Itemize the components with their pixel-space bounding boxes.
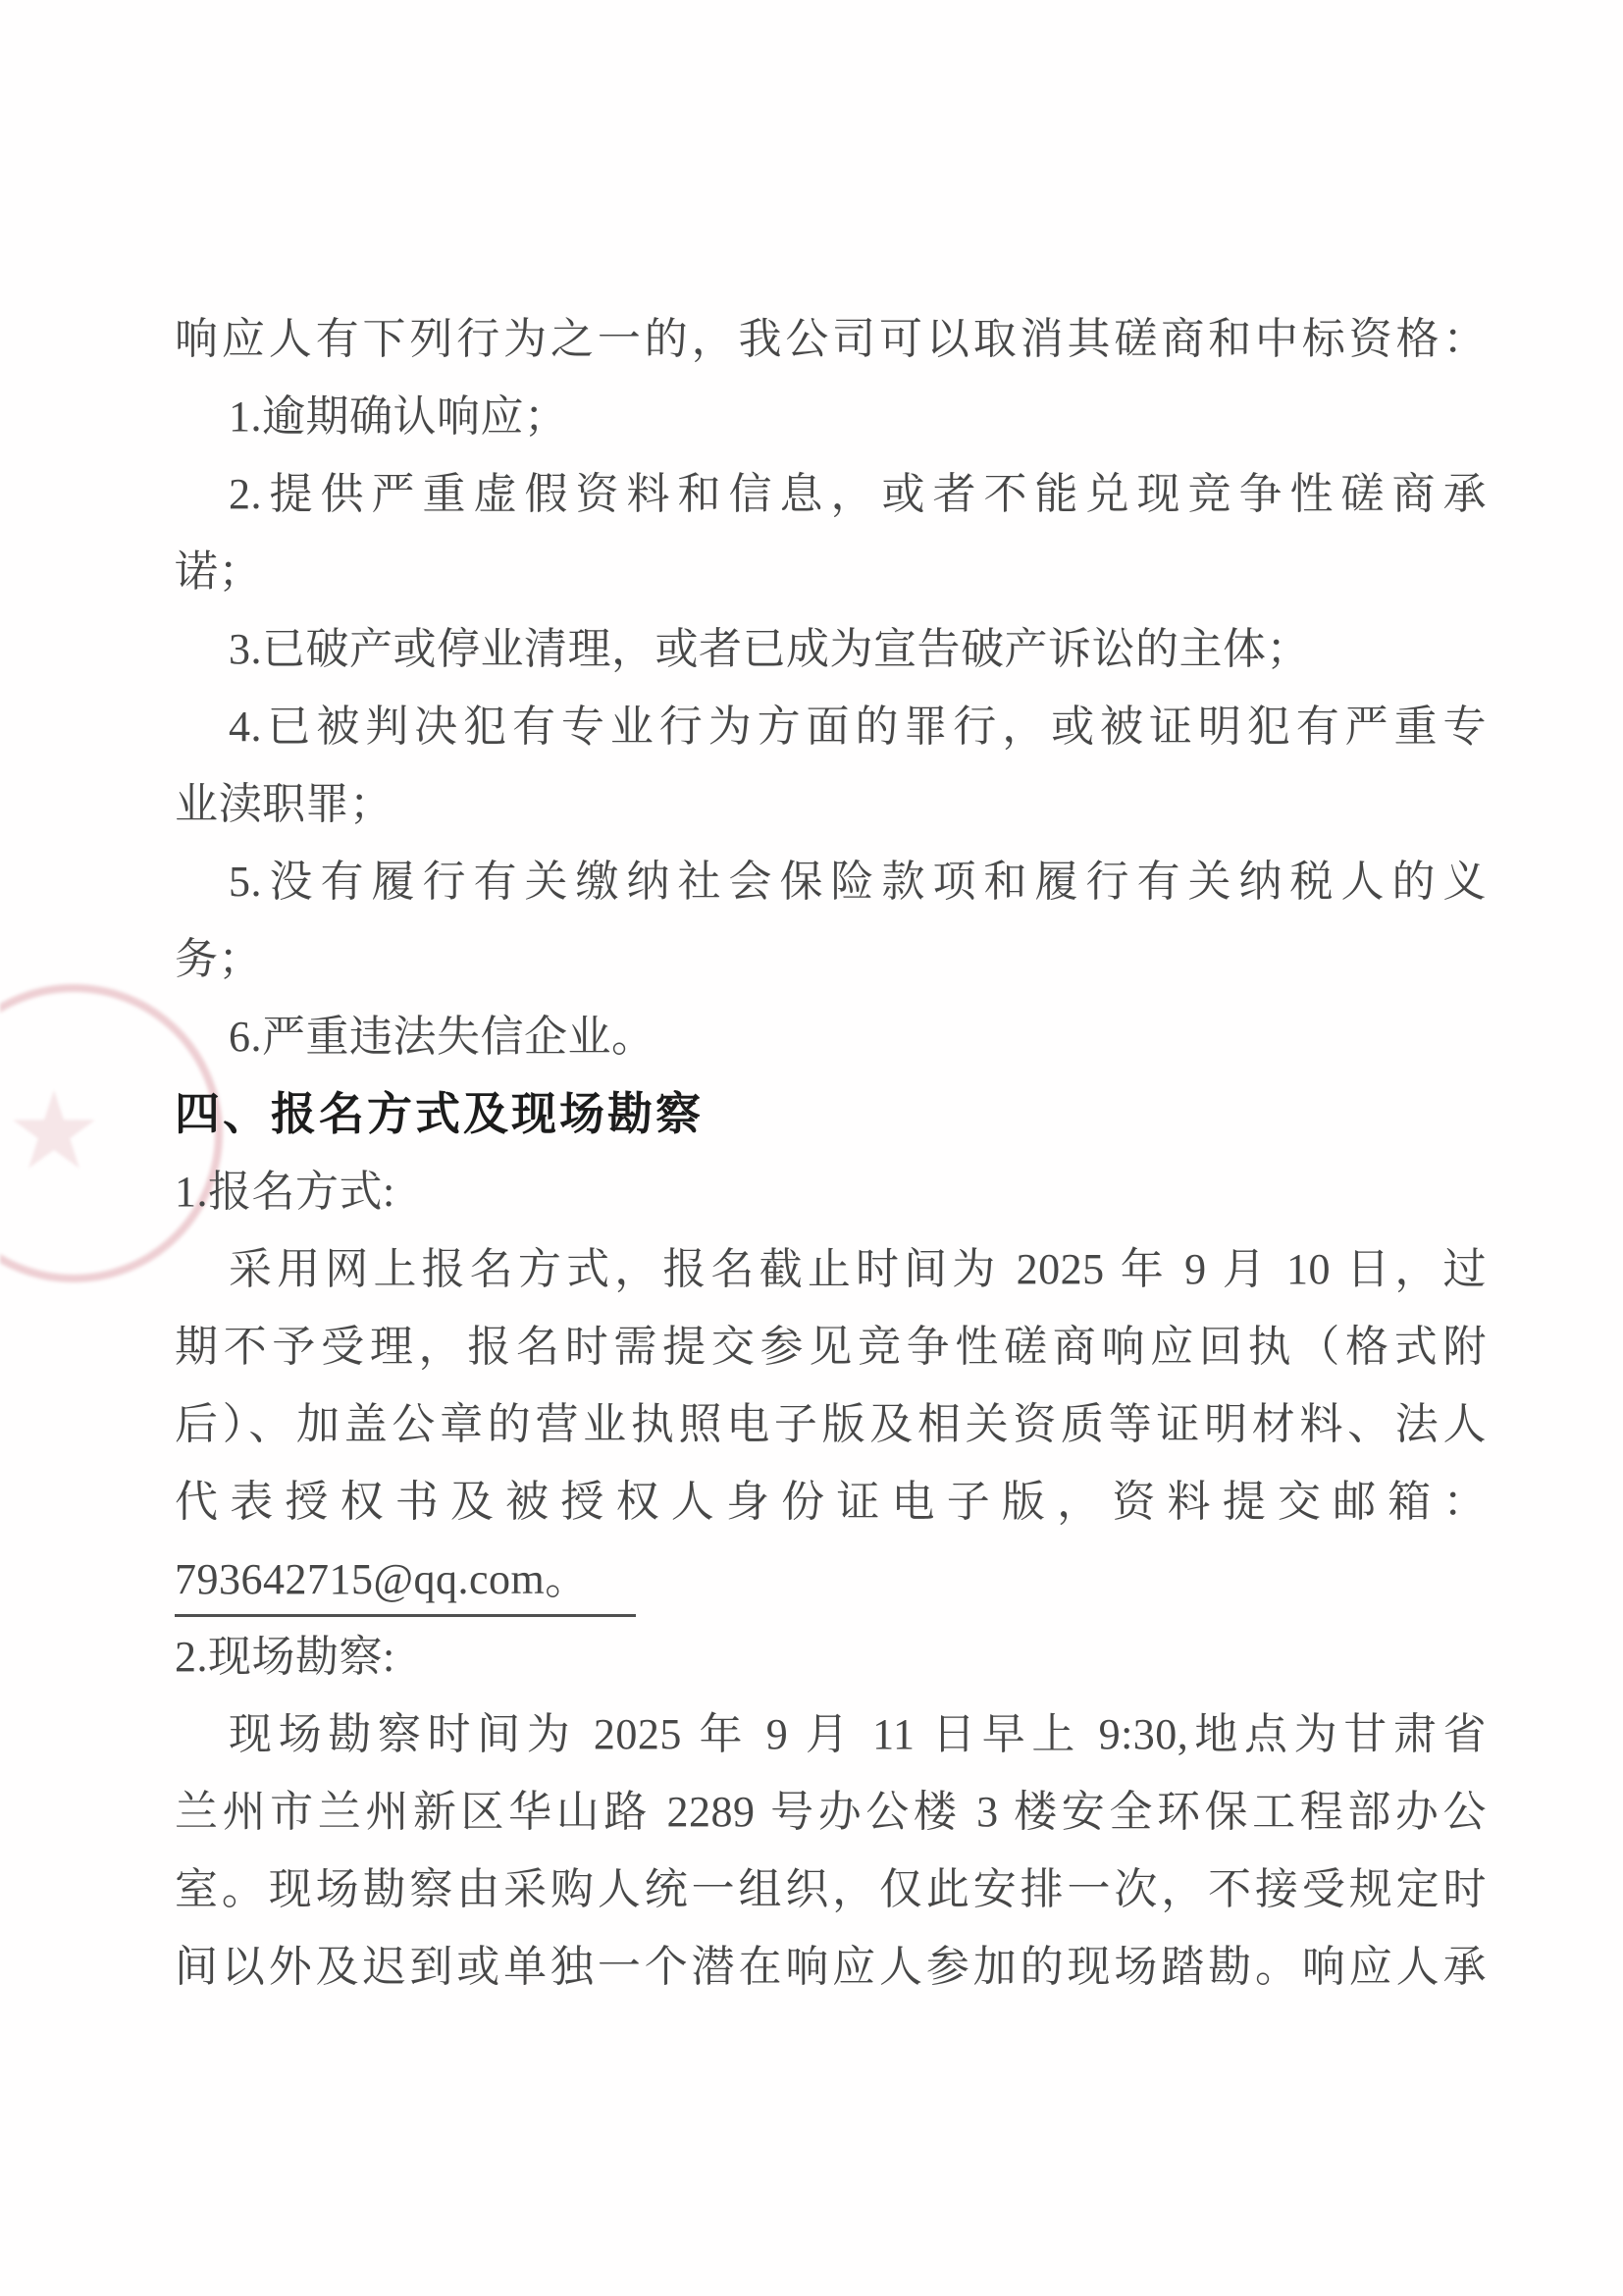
registration-line-3: 后）、加盖公章的营业执照电子版及相关资质等证明材料、法人 — [175, 1385, 1487, 1463]
list-item-4: 4.已被判决犯有专业行为方面的罪行，或被证明犯有严重专 — [175, 688, 1487, 765]
subsection-2-title: 2.现场勘察: — [175, 1618, 1487, 1696]
list-item-2-cont: 诺； — [175, 533, 1487, 610]
email-address: 793642715@qq.com。 — [175, 1545, 636, 1617]
registration-line-1: 采用网上报名方式，报名截止时间为 2025 年 9 月 10 日，过 — [175, 1230, 1487, 1308]
survey-line-4: 间以外及迟到或单独一个潜在响应人参加的现场踏勘。响应人承 — [175, 1928, 1487, 2006]
subsection-1-title: 1.报名方式: — [175, 1153, 1487, 1230]
intro-line: 响应人有下列行为之一的，我公司可以取消其磋商和中标资格： — [175, 300, 1487, 378]
email-line: 793642715@qq.com。 — [175, 1540, 1487, 1618]
section-heading: 四、报名方式及现场勘察 — [175, 1075, 1487, 1153]
list-item-5: 5.没有履行有关缴纳社会保险款项和履行有关纳税人的义 — [175, 843, 1487, 920]
list-item-1: 1.逾期确认响应； — [175, 378, 1487, 455]
list-item-4-cont: 业渎职罪； — [175, 765, 1487, 843]
document-body: 响应人有下列行为之一的，我公司可以取消其磋商和中标资格：1.逾期确认响应；2.提… — [175, 300, 1487, 2006]
registration-line-4: 代表授权书及被授权人身份证电子版，资料提交邮箱： — [175, 1463, 1487, 1540]
survey-line-3: 室。现场勘察由采购人统一组织，仅此安排一次，不接受规定时 — [175, 1851, 1487, 1928]
list-item-5-cont: 务； — [175, 920, 1487, 998]
document-page: 响应人有下列行为之一的，我公司可以取消其磋商和中标资格：1.逾期确认响应；2.提… — [0, 0, 1623, 2296]
list-item-6: 6.严重违法失信企业。 — [175, 998, 1487, 1075]
registration-line-2: 期不予受理，报名时需提交参见竞争性磋商响应回执（格式附 — [175, 1308, 1487, 1385]
survey-line-2: 兰州市兰州新区华山路 2289 号办公楼 3 楼安全环保工程部办公 — [175, 1773, 1487, 1851]
seal-star-icon — [13, 1090, 95, 1169]
list-item-3: 3.已破产或停业清理，或者已成为宣告破产诉讼的主体； — [175, 610, 1487, 688]
list-item-2: 2.提供严重虚假资料和信息，或者不能兑现竞争性磋商承 — [175, 455, 1487, 533]
survey-line-1: 现场勘察时间为 2025 年 9 月 11 日早上 9:30,地点为甘肃省 — [175, 1696, 1487, 1773]
